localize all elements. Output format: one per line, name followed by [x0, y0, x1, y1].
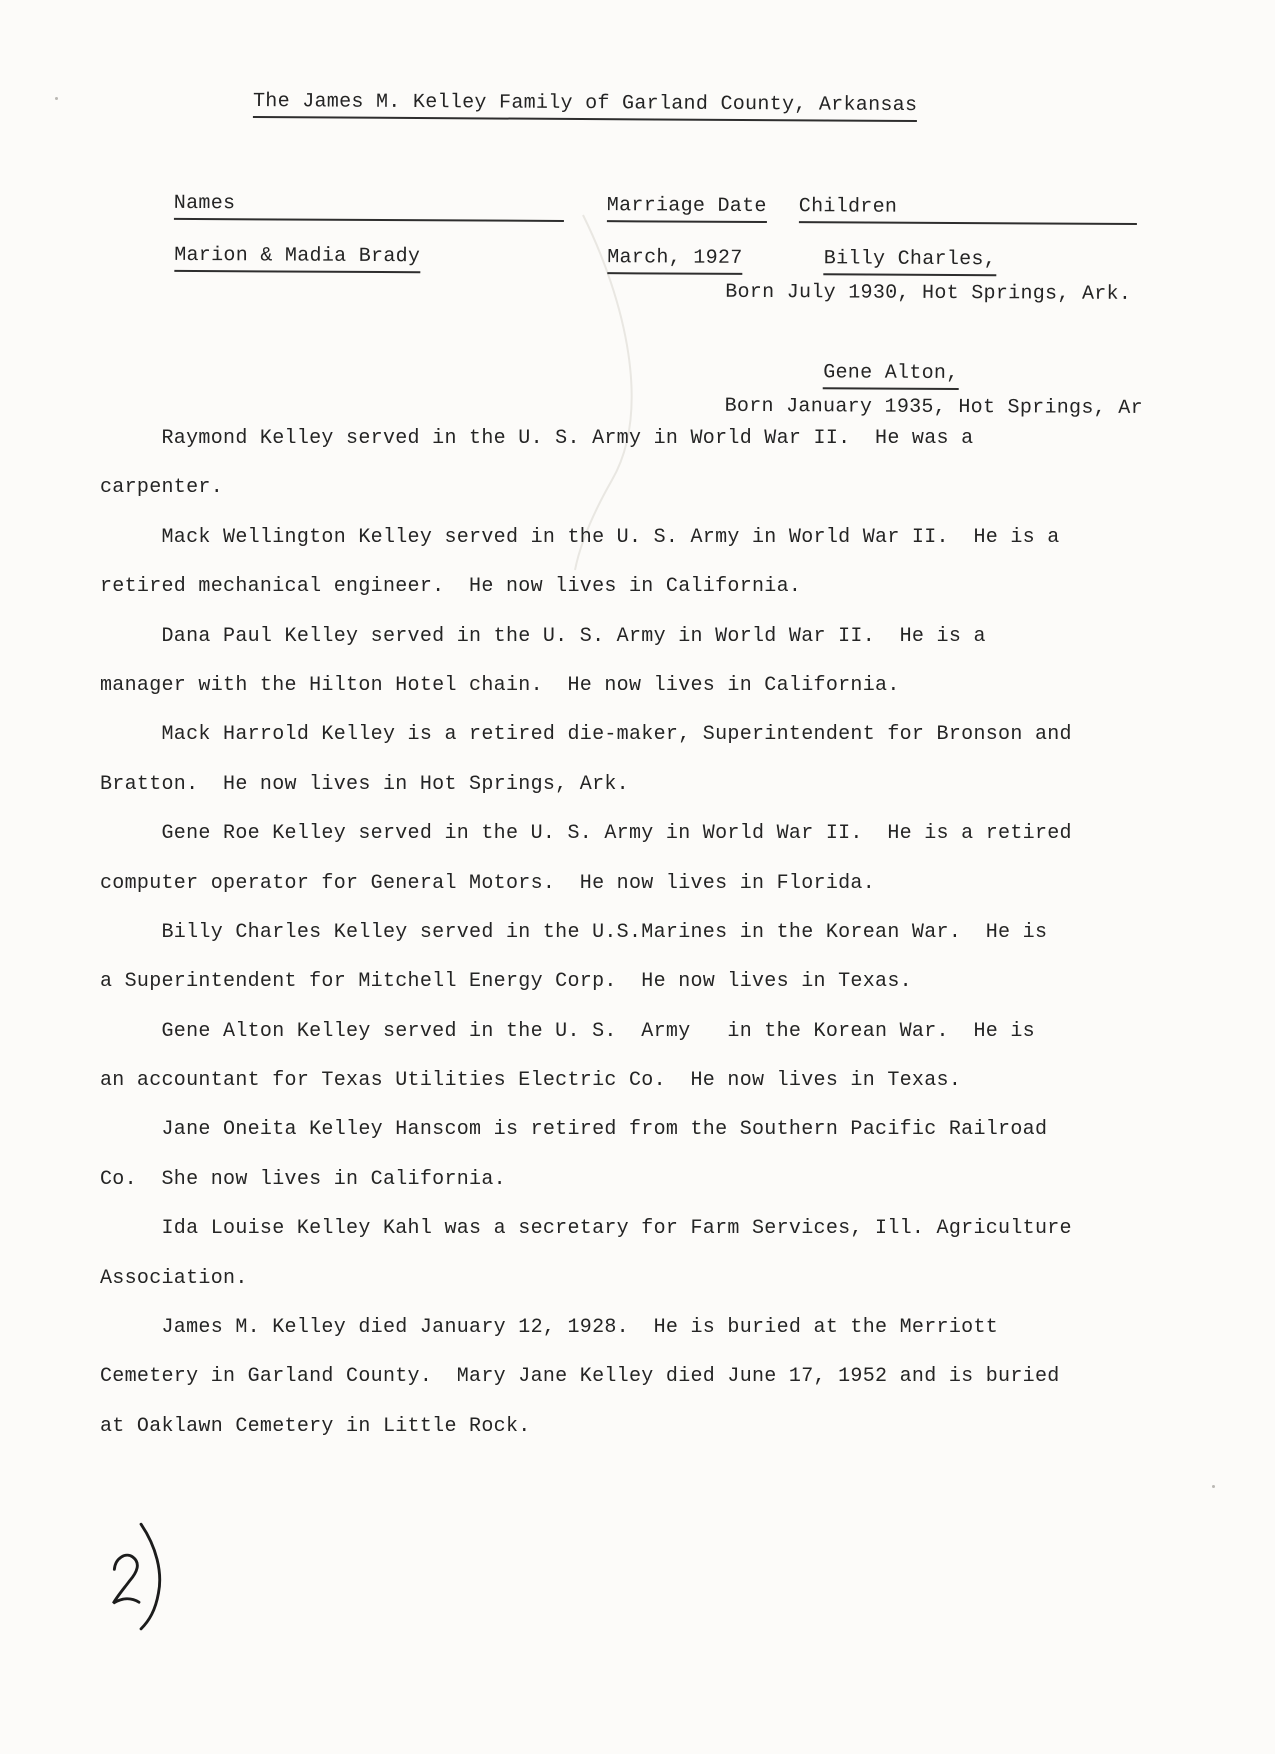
body-line: Billy Charles Kelley served in the U.S.M…: [100, 908, 1072, 957]
child-name: Gene Alton,: [725, 338, 1275, 398]
body-line: a Superintendent for Mitchell Energy Cor…: [100, 957, 1072, 1006]
body-line: Bratton. He now lives in Hot Springs, Ar…: [100, 760, 1072, 809]
page-title: The James M. Kelley Family of Garland Co…: [253, 90, 917, 122]
scanned-document-page: The James M. Kelley Family of Garland Co…: [0, 0, 1275, 1754]
marriage-date-value: March, 1927: [607, 246, 742, 275]
child-name-label: Billy Charles,: [824, 247, 996, 276]
body-line: Gene Roe Kelley served in the U. S. Army…: [100, 809, 1072, 858]
names-cell: Marion & Madia Brady: [100, 221, 533, 297]
child-name: Billy Charles,: [725, 224, 1275, 284]
body-line: Ida Louise Kelley Kahl was a secretary f…: [100, 1204, 1072, 1253]
child-birth: Born July 1930, Hot Springs, Ark.: [725, 281, 1275, 341]
names-value: Marion & Madia Brady: [174, 244, 420, 273]
body-line: Dana Paul Kelley served in the U. S. Arm…: [100, 612, 1072, 661]
body-line: computer operator for General Motors. He…: [100, 859, 1072, 908]
body-line: Raymond Kelley served in the U. S. Army …: [100, 414, 1072, 463]
body-line: Association.: [100, 1254, 1072, 1303]
child-name-label: Gene Alton,: [823, 361, 958, 390]
body-line: James M. Kelley died January 12, 1928. H…: [100, 1303, 1072, 1352]
body-line: Co. She now lives in California.: [100, 1155, 1072, 1204]
body-line: retired mechanical engineer. He now live…: [100, 562, 1072, 611]
body-text: Raymond Kelley served in the U. S. Army …: [100, 414, 1072, 1451]
marriage-date-cell: March, 1927: [533, 223, 725, 298]
handwritten-page-number: [104, 1516, 176, 1634]
column-header-names-label: Names: [174, 192, 564, 222]
body-line: Jane Oneita Kelley Hanscom is retired fr…: [100, 1105, 1072, 1154]
column-header-children-label: Children: [799, 195, 1137, 225]
body-line: carpenter.: [100, 463, 1072, 512]
scan-speck: [1212, 1485, 1215, 1488]
body-line: Mack Harrold Kelley is a retired die-mak…: [100, 710, 1072, 759]
body-line: manager with the Hilton Hotel chain. He …: [100, 661, 1072, 710]
body-line: at Oaklawn Cemetery in Little Rock.: [100, 1402, 1072, 1451]
body-line: Cemetery in Garland County. Mary Jane Ke…: [100, 1352, 1072, 1401]
scan-speck: [55, 97, 58, 100]
body-line: Mack Wellington Kelley served in the U. …: [100, 513, 1072, 562]
body-line: Gene Alton Kelley served in the U. S. Ar…: [100, 1007, 1072, 1056]
body-line: an accountant for Texas Utilities Electr…: [100, 1056, 1072, 1105]
